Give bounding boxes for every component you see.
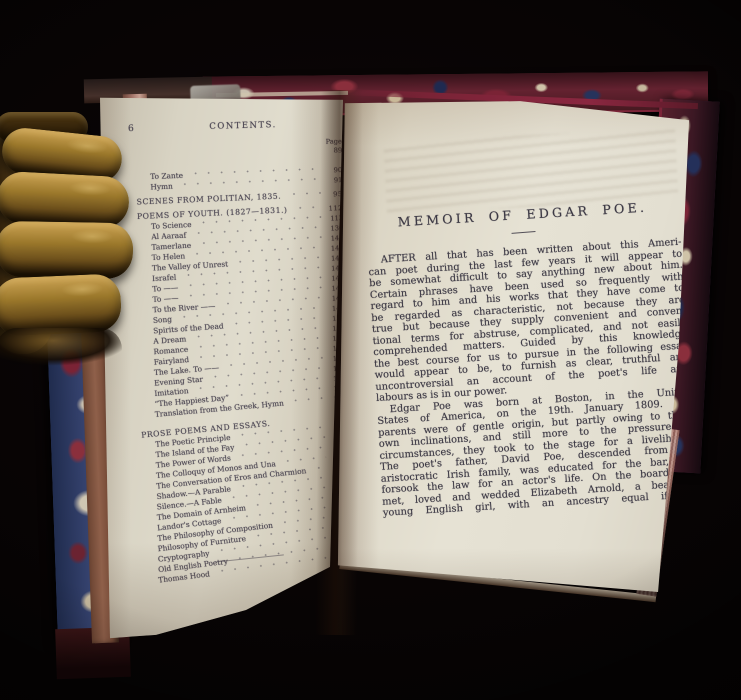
entry-label: Spirits of the Dead xyxy=(153,321,224,336)
memoir-line: true but because they supply convenient … xyxy=(372,305,686,335)
memoir-line: labours as is in our power. xyxy=(376,374,690,404)
entry-dot-leader xyxy=(234,253,323,266)
contents-entry: Romance 153 xyxy=(139,332,345,357)
hand-shadow-fade xyxy=(0,328,122,370)
memoir-line: own inclinations, and still more to the … xyxy=(379,420,693,450)
entry-dot-leader xyxy=(192,223,322,237)
entry-label: Romance xyxy=(153,345,188,358)
entry-label: To Zante xyxy=(150,171,183,182)
contents-entry: Evening Star 158 xyxy=(140,362,346,389)
entry-label: The Colloquy of Monos and Una xyxy=(156,459,277,481)
entry-dot-leader xyxy=(194,374,325,393)
entry-dot-leader xyxy=(236,473,327,490)
memoir-line: aristocratic Irish family, was educated … xyxy=(381,455,695,485)
entry-dot-leader xyxy=(229,313,324,328)
memoir-line: met, loved and wedded Elizabeth Arnold, … xyxy=(382,478,696,508)
memoir-line: young English girl, with an ancestry equ… xyxy=(383,489,697,519)
entry-label: Translation from the Greek, Hymn xyxy=(154,399,284,420)
contents-entry: Al Aaraaf 130 xyxy=(137,222,343,242)
entry-dot-leader xyxy=(189,165,321,178)
entry-dot-leader xyxy=(227,503,328,522)
entry-dot-leader xyxy=(208,364,324,381)
entry-label: The Domain of Arnheim xyxy=(157,503,247,523)
contents-entry: Tamerlane 140 xyxy=(137,232,343,252)
contents-entry: “The Happiest Day” 160 xyxy=(140,382,346,410)
entry-label: The Power of Words xyxy=(155,453,231,470)
memoir-line: can poet during the last few years it wi… xyxy=(368,248,682,278)
entry-label: Imitation xyxy=(154,386,189,399)
entry-dot-leader xyxy=(191,243,323,258)
memoir-line: the best course for us to pursue in the … xyxy=(374,340,688,370)
memoir-text-block: MEMOIR OF EDGAR POE. AFTER all that has … xyxy=(365,198,696,520)
entry-dot-leader xyxy=(215,554,328,576)
entry-dot-leader xyxy=(197,233,323,247)
memoir-line: circumstances, they took to the stage fo… xyxy=(379,432,693,462)
entry-label: Landor's Cottage xyxy=(157,516,222,533)
contents-entry: The Lake. To —— 157 xyxy=(140,352,346,378)
memoir-paragraph: AFTER all that has been written about th… xyxy=(368,237,690,405)
entry-dot-leader xyxy=(235,384,326,400)
memoir-line: tional terms for abstruse, complicated, … xyxy=(372,317,686,347)
title-divider-rule xyxy=(512,231,536,234)
entry-label: The Island of the Fay xyxy=(155,443,235,460)
entry-dot-leader xyxy=(178,303,324,321)
entry-label: The Conversation of Eros and Charmion xyxy=(156,466,307,491)
entry-dot-leader xyxy=(195,344,325,362)
entry-label: To Science xyxy=(151,220,192,232)
contents-header: CONTENTS. xyxy=(154,119,332,134)
entry-label: Israfel xyxy=(152,273,177,284)
entry-label: Al Aaraaf xyxy=(151,231,186,243)
book-photograph: 6 CONTENTS. Page 89 To Zante 90 Hymn 91 … xyxy=(0,0,741,700)
memoir-line: uncontroversial an account of the poet's… xyxy=(375,363,689,393)
contents-entry: Spirits of the Dead 150 xyxy=(139,312,345,336)
memoir-line: be somewhat difficult to say anything ne… xyxy=(369,260,683,290)
memoir-paragraph: Edgar Poe was born at Boston, in the Uni… xyxy=(376,386,696,519)
contents-entry: To —— 146 xyxy=(138,272,344,294)
entry-label: To Helen xyxy=(152,251,186,263)
contents-entry: Song 149 xyxy=(139,302,345,326)
contents-entry: The Valley of Unrest 144 xyxy=(138,252,344,273)
entry-label: PROSE POEMS AND ESSAYS. xyxy=(141,419,271,441)
entry-dot-leader xyxy=(227,483,327,502)
memoir-line: AFTER all that has been written about th… xyxy=(368,237,682,267)
contents-entry: A Dream 152 xyxy=(139,322,345,347)
memoir-line: parents were of gentle origin, but partl… xyxy=(378,409,692,439)
contents-entry: To Helen 142 xyxy=(137,242,343,263)
entry-label: A Dream xyxy=(153,334,187,346)
entry-label: SCENES FROM POLITIAN, 1835. xyxy=(137,192,282,208)
entry-dot-leader xyxy=(182,263,323,279)
memoir-line: regard to him and his works that they ha… xyxy=(370,283,684,313)
entry-dot-leader xyxy=(184,283,323,300)
entry-label: Thomas Hood xyxy=(158,569,211,585)
entry-dot-leader xyxy=(215,533,328,554)
entry-dot-leader xyxy=(233,544,328,563)
entry-label: “The Happiest Day” xyxy=(154,393,229,409)
contents-entry: To the River —— 148 xyxy=(138,292,344,315)
entry-label: Song xyxy=(153,315,173,326)
contents-entry: SCENES FROM POLITIAN, 1835. 95 xyxy=(136,188,342,207)
entry-label: Shadow.—A Parable xyxy=(156,484,231,502)
entry-dot-leader xyxy=(225,354,325,370)
entry-label: POEMS OF YOUTH. (1827—1831.) xyxy=(137,205,288,222)
entry-dot-leader xyxy=(240,433,326,449)
entry-dot-leader xyxy=(197,213,322,227)
memoir-line: be regarded as characteristic, not becau… xyxy=(371,294,685,324)
contents-entry: Israfel 145 xyxy=(138,262,344,284)
contents-entry: To Science 113 xyxy=(137,212,343,231)
memoir-line: Certain phrases have been used so freque… xyxy=(370,271,684,301)
entry-label: The Valley of Unrest xyxy=(152,259,229,273)
contents-entry: To —— 147 xyxy=(138,282,344,305)
memoir-line: The poet's father, David Poe, descended … xyxy=(380,443,694,473)
entry-dot-leader xyxy=(236,443,326,460)
entry-label: Philosophy of Furniture xyxy=(157,534,246,554)
entry-dot-leader xyxy=(179,175,322,189)
memoir-line: forsook the law for an actor's life. On … xyxy=(381,466,695,496)
entry-label: The Lake. To —— xyxy=(154,363,220,378)
memoir-line: States of America, on the 19th. January … xyxy=(377,397,691,427)
contents-entry: Imitation 159 xyxy=(140,372,346,399)
memoir-line: would appear to be, to furnish as clear,… xyxy=(374,351,688,381)
bronze-hand xyxy=(0,116,142,368)
contents-entry: Fairyland 155 xyxy=(139,342,345,368)
entry-label: Evening Star xyxy=(154,375,204,389)
memoir-page: MEMOIR OF EDGAR POE. AFTER all that has … xyxy=(335,95,700,610)
entry-dot-leader xyxy=(184,273,323,289)
contents-entry: Translation from the Greek, Hymn 161 xyxy=(140,392,346,420)
entry-dot-leader xyxy=(287,189,322,198)
entry-label: To —— xyxy=(152,293,179,305)
entry-label: Fairyland xyxy=(153,355,189,368)
entry-dot-leader xyxy=(221,293,324,308)
page-gutter-shadow xyxy=(315,90,363,635)
entry-label: Silence.—A Fable xyxy=(156,496,222,513)
entry-label: Hymn xyxy=(150,182,173,193)
entry-label: The Poetic Principle xyxy=(155,433,231,450)
contents-end-rule xyxy=(214,554,284,562)
entry-dot-leader xyxy=(192,324,324,341)
memoir-line: Edgar Poe was born at Boston, in the Uni… xyxy=(376,386,690,416)
entry-dot-leader xyxy=(194,334,325,352)
hand-finger xyxy=(0,221,133,279)
entry-label: Cryptography xyxy=(157,549,210,565)
contents-entry: PROSE POEMS AND ESSAYS. xyxy=(141,411,347,440)
entry-dot-leader xyxy=(293,203,322,212)
bleed-through-text xyxy=(383,127,678,214)
entry-label: To the River —— xyxy=(152,301,215,315)
entry-dot-leader xyxy=(236,423,326,439)
contents-entry: To Zante 90 xyxy=(136,164,342,182)
memoir-line: comprehended matters. Guided by this kno… xyxy=(373,328,687,358)
entry-label: The Philosophy of Composition xyxy=(157,521,273,544)
contents-entry: POEMS OF YOUTH. (1827—1831.) 112 xyxy=(137,202,343,221)
memoir-title: MEMOIR OF EDGAR POE. xyxy=(365,198,679,232)
entry-label: Tamerlane xyxy=(151,241,191,253)
entry-label: Old English Poetry xyxy=(158,557,229,575)
entry-label: To —— xyxy=(152,283,178,295)
contents-entry: Hymn 91 xyxy=(136,174,342,192)
